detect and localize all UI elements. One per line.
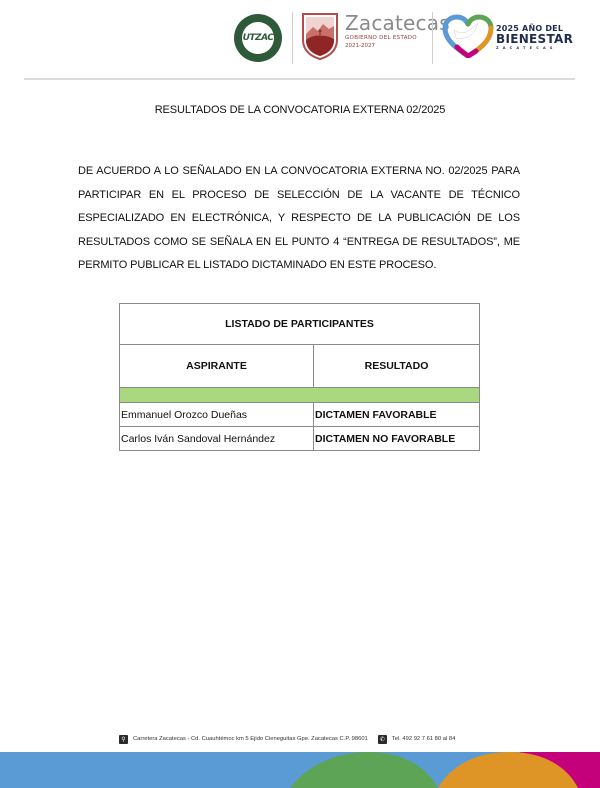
bienestar-line2: BIENESTAR bbox=[496, 33, 573, 46]
document-title: RESULTADOS DE LA CONVOCATORIA EXTERNA 02… bbox=[0, 104, 600, 116]
resultado-cell: DICTAMEN NO FAVORABLE bbox=[314, 427, 480, 451]
header-divider bbox=[24, 78, 575, 80]
footer-color-band bbox=[0, 752, 600, 788]
table-row: Emmanuel Orozco Dueñas DICTAMEN FAVORABL… bbox=[120, 403, 480, 427]
column-header-resultado: RESULTADO bbox=[314, 345, 480, 388]
aspirante-cell: Carlos Iván Sandoval Hernández bbox=[120, 427, 314, 451]
document-body: DE ACUERDO A LO SEÑALADO EN LA CONVOCATO… bbox=[78, 160, 520, 278]
location-pin-icon: ⚲ bbox=[119, 735, 128, 744]
header-logos: UTZAC Zacatecas GOBIERNO DEL ESTADO 2021… bbox=[0, 8, 600, 66]
zacatecas-title: Zacatecas bbox=[345, 12, 450, 34]
utzac-seal-icon: UTZAC bbox=[234, 14, 282, 62]
bienestar-line3: ZACATECAS bbox=[496, 46, 573, 51]
footer-contact: ⚲ Carretera Zacatecas - Cd. Cuauhtémoc k… bbox=[119, 733, 455, 745]
footer-address: Carretera Zacatecas - Cd. Cuauhtémoc km … bbox=[133, 736, 368, 742]
table-separator-row bbox=[120, 388, 480, 403]
logo-divider bbox=[432, 12, 433, 64]
zacatecas-shield-icon bbox=[301, 12, 339, 60]
table-row: Carlos Iván Sandoval Hernández DICTAMEN … bbox=[120, 427, 480, 451]
bienestar-logo: 2025 AÑO DEL BIENESTAR ZACATECAS bbox=[496, 24, 573, 51]
logo-divider bbox=[292, 12, 293, 64]
green-separator bbox=[120, 388, 480, 403]
zacatecas-subtitle: GOBIERNO DEL ESTADO bbox=[345, 35, 450, 41]
aspirante-cell: Emmanuel Orozco Dueñas bbox=[120, 403, 314, 427]
table-title: LISTADO DE PARTICIPANTES bbox=[120, 304, 480, 345]
zacatecas-logo: Zacatecas GOBIERNO DEL ESTADO 2021-2027 bbox=[345, 12, 450, 49]
phone-icon: ✆ bbox=[378, 735, 387, 744]
zacatecas-years: 2021-2027 bbox=[345, 43, 450, 49]
heart-dove-icon bbox=[442, 14, 494, 58]
utzac-logo-text: UTZAC bbox=[242, 22, 274, 54]
participants-table: LISTADO DE PARTICIPANTES ASPIRANTE RESUL… bbox=[119, 303, 480, 451]
column-header-aspirante: ASPIRANTE bbox=[120, 345, 314, 388]
footer-phone: Tel. 492 92 7 61 80 al 84 bbox=[392, 736, 456, 742]
resultado-cell: DICTAMEN FAVORABLE bbox=[314, 403, 480, 427]
